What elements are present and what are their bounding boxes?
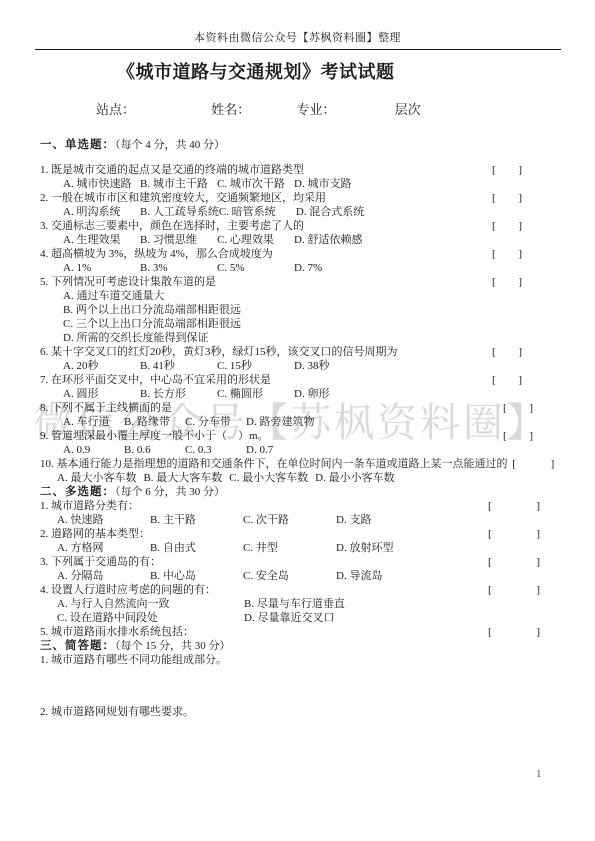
option-d: D. 放射环型 <box>336 541 429 555</box>
section-3-points: （每个 15 分，共 30 分） <box>115 640 231 652</box>
bracket-open: [ <box>488 625 492 639</box>
section-2-heading: 二、多选题：（每个 6 分，共 30 分） <box>40 485 555 499</box>
s1-q5-option-a: A. 通过车道交通量大 <box>40 289 555 303</box>
bracket-close: ] <box>518 373 522 387</box>
exam-page: 微信公众号【苏枫资料圈】 本资料由微信公众号【苏枫资料圈】整理 《城市道路与交通… <box>0 0 595 841</box>
s2-q3-options: A. 分隔岛B. 中心岛C. 安全岛D. 导流岛 <box>40 569 555 583</box>
option-b: B. 41秒 <box>140 359 217 373</box>
answer-bracket: [] <box>488 555 540 569</box>
s1-q5-option-c: C. 三个以上出口分流岛端部相距很远 <box>40 317 555 331</box>
option-d: D. 舒适依赖感 <box>294 233 371 247</box>
s1-q7: 7. 在环形平面交叉中，中心岛不宜采用的形状是 [] <box>40 373 555 387</box>
option-a: A. 与行人自然流向一致 <box>57 597 244 611</box>
s1-q2-options: A. 明沟系统B. 人工疏导系统C. 暗管系统D. 混合式系统 <box>40 205 555 219</box>
s1-q7-options: A. 圆形B. 长方形C. 椭圆形D. 卵形 <box>40 387 555 401</box>
bracket-close: ] <box>518 191 522 205</box>
page-number: 1 <box>536 768 542 780</box>
header-rule <box>35 49 561 50</box>
s3-q1: 1. 城市道路有哪些不同功能组成部分。 <box>40 653 555 667</box>
bracket-open: [ <box>512 457 516 471</box>
section-3-heading: 三、简答题：（每个 15 分，共 30 分） <box>40 639 555 653</box>
option-d: D. 路旁建筑物 <box>246 415 314 429</box>
option-a: A. 20秒 <box>63 359 140 373</box>
bracket-open: [ <box>488 555 492 569</box>
bracket-open: [ <box>492 373 496 387</box>
s1-q8: 8. 下列不属于主线横面的是 [] <box>40 401 555 415</box>
option-c: C. 最小大客车数 <box>229 471 308 485</box>
answer-bracket: [] <box>503 429 533 443</box>
option-c: C. 分车带 <box>185 415 246 429</box>
option-d: D. 尽量靠近交叉口 <box>244 611 431 625</box>
s1-q6: 6. 某十字交叉口的红灯20秒，黄灯3秒，绿灯15秒，该交叉口的信号周期为 [] <box>40 345 555 359</box>
s2-q4-options-row-2: C. 设在道路中间段处D. 尽量靠近交叉口 <box>40 611 555 625</box>
option-c: C. 次干路 <box>243 513 336 527</box>
bracket-close: ] <box>536 499 540 513</box>
s1-q10: 10. 基本通行能力是指理想的道路和交通条件下，在单位时间内一条车道或道路上某一… <box>40 457 555 471</box>
option-b: B. 主干路 <box>150 513 243 527</box>
s1-q5: 5. 下列情况可考虑设计集散车道的是 [] <box>40 275 555 289</box>
answer-bracket: [] <box>503 401 533 415</box>
bracket-close: ] <box>529 429 533 443</box>
name-label: 姓名： <box>211 99 293 118</box>
option-d: D. 最小小客车数 <box>315 471 394 485</box>
option-a: A. 圆形 <box>63 387 140 401</box>
s1-q9-options: A. 0.9B. 0.6C. 0.3D. 0.7 <box>40 443 555 457</box>
bracket-open: [ <box>488 527 492 541</box>
question-text: 2. 一般在城市市区和建筑密度较大，交通频繁地区，均采用 <box>40 192 326 204</box>
option-a: A. 方格网 <box>57 541 150 555</box>
answer-bracket: [] <box>492 275 522 289</box>
bracket-open: [ <box>492 219 496 233</box>
option-a: A. 快速路 <box>57 513 150 527</box>
option-a: A. 城市快速路 <box>63 177 140 191</box>
question-text: 1. 城市道路有哪些不同功能组成部分。 <box>40 654 227 666</box>
answer-bracket: [] <box>492 345 522 359</box>
bracket-open: [ <box>503 429 507 443</box>
option-a: A. 明沟系统 <box>63 205 140 219</box>
option-b: B. 习惯思维 <box>140 233 217 247</box>
bracket-open: [ <box>492 247 496 261</box>
section-1-heading: 一、单选题：（每个 4 分，共 40 分） <box>40 138 555 152</box>
option-d: D. 导流岛 <box>336 569 429 583</box>
s1-q1: 1. 既是城市交通的起点又是交通的终端的城市道路类型 [] <box>40 163 555 177</box>
question-text: 1. 城市道路分类有： <box>40 500 139 512</box>
section-3-title: 三、简答题： <box>40 640 115 652</box>
question-text: 4. 设置人行道时应考虑的问题的有： <box>40 584 216 596</box>
question-text: 4. 超高横坡为 3%，纵坡为 4%，那么合成坡度为 <box>40 248 273 260</box>
bracket-close: ] <box>518 219 522 233</box>
answer-bracket: [] <box>492 191 522 205</box>
s1-q9: 9. 管道埋深最小覆土厚度一般不小于（ ）m。 [] <box>40 429 555 443</box>
major-label: 专业： <box>297 99 392 118</box>
s1-q4: 4. 超高横坡为 3%，纵坡为 4%，那么合成坡度为 [] <box>40 247 555 261</box>
question-text: 5. 下列情况可考虑设计集散车道的是 <box>40 276 216 288</box>
option-d: D. 所需的交织长度能得到保证 <box>63 332 208 344</box>
bracket-open: [ <box>488 499 492 513</box>
answer-bracket: [] <box>492 219 522 233</box>
s2-q4-options-row-1: A. 与行人自然流向一致B. 尽量与车行道垂直 <box>40 597 555 611</box>
answer-bracket: [] <box>492 373 522 387</box>
question-text: 1. 既是城市交通的起点又是交通的终端的城市道路类型 <box>40 164 304 176</box>
bracket-open: [ <box>492 275 496 289</box>
question-text: 3. 交通标志三要素中，颜色在选择时，主要考虑了人的 <box>40 220 304 232</box>
option-b: B. 尽量与车行道垂直 <box>244 597 431 611</box>
option-b: B. 两个以上出口分流岛端部相距很远 <box>63 304 241 316</box>
s2-q1-options: A. 快速路B. 主干路C. 次干路D. 支路 <box>40 513 555 527</box>
option-c: C. 椭圆形 <box>217 387 294 401</box>
answer-bracket: [] <box>488 499 540 513</box>
option-d: D. 城市支路 <box>294 177 371 191</box>
s1-q10-options: A. 最大小客车数B. 最大大客车数C. 最小大客车数D. 最小小客车数 <box>40 471 555 485</box>
bracket-open: [ <box>503 401 507 415</box>
question-text: 2. 道路网的基本类型： <box>40 528 150 540</box>
bracket-close: ] <box>551 457 555 471</box>
bracket-close: ] <box>536 625 540 639</box>
answer-bracket: [] <box>512 457 554 471</box>
bracket-close: ] <box>529 401 533 415</box>
bracket-close: ] <box>536 583 540 597</box>
option-a: A. 0.9 <box>63 443 124 457</box>
option-d: D. 混合式系统 <box>296 205 373 219</box>
level-label: 层次 <box>395 99 421 118</box>
option-b: B. 0.6 <box>124 443 185 457</box>
option-b: B. 3% <box>140 261 217 275</box>
page-title: 《城市道路与交通规划》考试试题 <box>117 58 395 84</box>
s3-q2: 2. 城市道路网规划有哪些要求。 <box>40 705 555 719</box>
section-1-points: （每个 4 分，共 40 分） <box>115 139 225 151</box>
option-c: C. 三个以上出口分流岛端部相距很远 <box>63 318 241 330</box>
option-a: A. 1% <box>63 261 140 275</box>
section-1-title: 一、单选题： <box>40 139 115 151</box>
s2-q4: 4. 设置人行道时应考虑的问题的有： [] <box>40 583 555 597</box>
option-c: C. 5% <box>217 261 294 275</box>
bracket-close: ] <box>518 275 522 289</box>
option-c: C. 15秒 <box>217 359 294 373</box>
s1-q1-options: A. 城市快速路B. 城市主干路C. 城市次干路D. 城市支路 <box>40 177 555 191</box>
question-text: 3. 下列属于交通岛的有： <box>40 556 161 568</box>
bracket-open: [ <box>488 583 492 597</box>
answer-bracket: [] <box>492 247 522 261</box>
section-2-title: 二、多选题： <box>40 486 115 498</box>
question-text: 7. 在环形平面交叉中，中心岛不宜采用的形状是 <box>40 374 271 386</box>
option-c: C. 设在道路中间段处 <box>57 611 244 625</box>
s1-q5-option-d: D. 所需的交织长度能得到保证 <box>40 331 555 345</box>
option-a: A. 最大小客车数 <box>57 471 136 485</box>
s1-q2: 2. 一般在城市市区和建筑密度较大，交通频繁地区，均采用 [] <box>40 191 555 205</box>
s1-q4-options: A. 1%B. 3%C. 5%D. 7% <box>40 261 555 275</box>
header-note: 本资料由微信公众号【苏枫资料圈】整理 <box>0 29 595 45</box>
s1-q8-options: A. 车行道B. 路缘带C. 分车带D. 路旁建筑物 <box>40 415 555 429</box>
option-c: C. 0.3 <box>185 443 246 457</box>
s2-q3: 3. 下列属于交通岛的有： [] <box>40 555 555 569</box>
option-b: B. 长方形 <box>140 387 217 401</box>
question-text: 8. 下列不属于主线横面的是 <box>40 402 172 414</box>
option-d: D. 卵形 <box>294 387 371 401</box>
option-d: D. 7% <box>294 261 371 275</box>
option-c: C. 暗管系统 <box>219 205 296 219</box>
option-a: A. 通过车道交通量大 <box>63 290 164 302</box>
s2-q2-options: A. 方格网B. 自由式C. 井型D. 放射环型 <box>40 541 555 555</box>
candidate-info-line: 站点： 姓名： 专业： 层次 <box>96 99 421 118</box>
bracket-open: [ <box>492 163 496 177</box>
option-c: C. 安全岛 <box>243 569 336 583</box>
bracket-close: ] <box>518 345 522 359</box>
question-text: 10. 基本通行能力是指理想的道路和交通条件下，在单位时间内一条车道或道路上某一… <box>40 458 508 470</box>
question-text: 9. 管道埋深最小覆土厚度一般不小于（ ）m。 <box>40 430 269 442</box>
option-c: C. 城市次干路 <box>217 177 294 191</box>
bracket-open: [ <box>492 345 496 359</box>
option-b: B. 中心岛 <box>150 569 243 583</box>
exam-body: 一、单选题：（每个 4 分，共 40 分） 1. 既是城市交通的起点又是交通的终… <box>40 138 555 719</box>
option-a: A. 分隔岛 <box>57 569 150 583</box>
s2-q1: 1. 城市道路分类有： [] <box>40 499 555 513</box>
bracket-close: ] <box>518 247 522 261</box>
option-b: B. 路缘带 <box>124 415 185 429</box>
option-c: C. 井型 <box>243 541 336 555</box>
station-label: 站点： <box>96 99 208 118</box>
option-b: B. 人工疏导系统 <box>140 205 219 219</box>
s2-q5: 5. 城市道路雨水排水系统包括： [] <box>40 625 555 639</box>
option-b: B. 城市主干路 <box>140 177 217 191</box>
option-d: D. 支路 <box>336 513 429 527</box>
question-text: 5. 城市道路雨水排水系统包括： <box>40 626 194 638</box>
option-b: B. 最大大客车数 <box>143 471 222 485</box>
bracket-close: ] <box>536 555 540 569</box>
question-text: 6. 某十字交叉口的红灯20秒，黄灯3秒，绿灯15秒，该交叉口的信号周期为 <box>40 346 398 358</box>
s2-q2: 2. 道路网的基本类型： [] <box>40 527 555 541</box>
option-b: B. 自由式 <box>150 541 243 555</box>
s1-q3-options: A. 生理效果B. 习惯思维C. 心理效果D. 舒适依赖感 <box>40 233 555 247</box>
bracket-close: ] <box>518 163 522 177</box>
answer-bracket: [] <box>488 625 540 639</box>
option-d: D. 0.7 <box>246 443 307 457</box>
option-a: A. 生理效果 <box>63 233 140 247</box>
bracket-close: ] <box>536 527 540 541</box>
s1-q3: 3. 交通标志三要素中，颜色在选择时，主要考虑了人的 [] <box>40 219 555 233</box>
option-c: C. 心理效果 <box>217 233 294 247</box>
question-text: 2. 城市道路网规划有哪些要求。 <box>40 706 194 718</box>
answer-bracket: [] <box>488 583 540 597</box>
bracket-open: [ <box>492 191 496 205</box>
section-2-points: （每个 6 分，共 30 分） <box>115 486 225 498</box>
answer-bracket: [] <box>488 527 540 541</box>
option-d: D. 38秒 <box>294 359 371 373</box>
option-a: A. 车行道 <box>63 415 124 429</box>
answer-bracket: [] <box>492 163 522 177</box>
s1-q5-option-b: B. 两个以上出口分流岛端部相距很远 <box>40 303 555 317</box>
s1-q6-options: A. 20秒B. 41秒C. 15秒D. 38秒 <box>40 359 555 373</box>
